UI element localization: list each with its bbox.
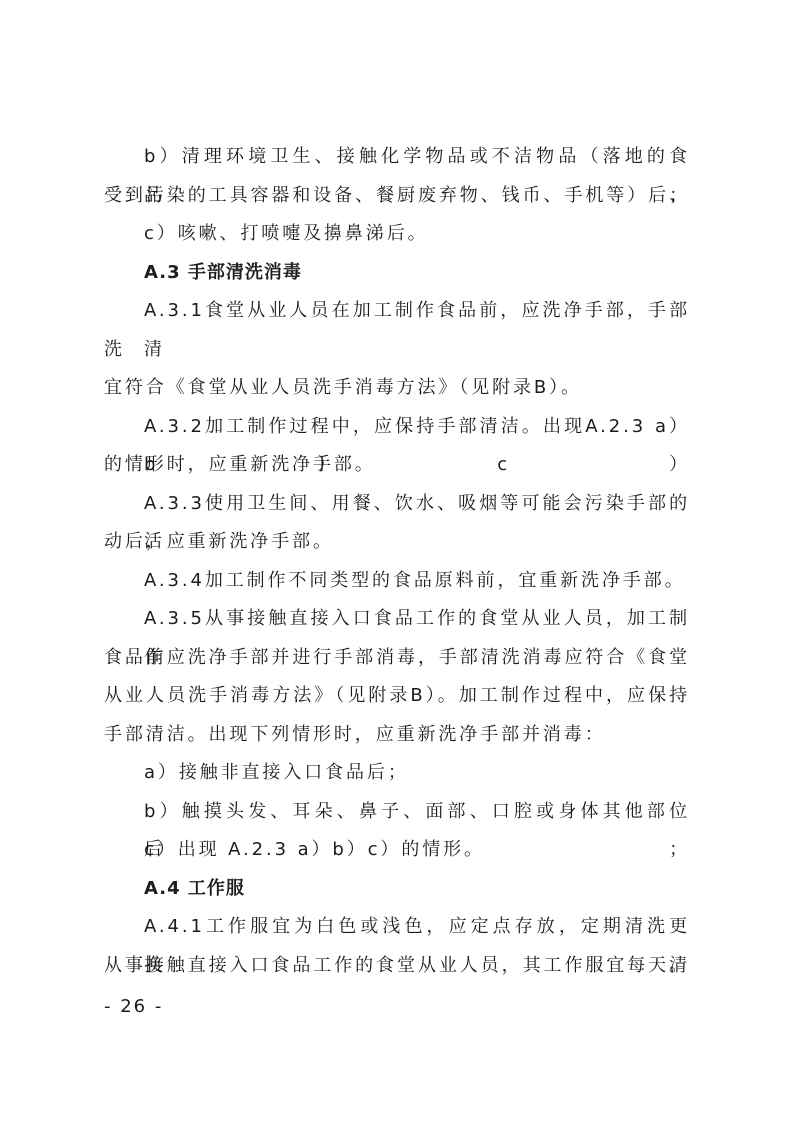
list-item-b-continued: b）清理环境卫生、接触化学物品或不洁物品（落地的食品、 xyxy=(104,138,690,177)
clause-a3-5-line: 从业人员洗手消毒方法》（见附录B）。加工制作过程中，应保持 xyxy=(104,677,690,716)
clause-a3-2: A.3.2加工制作过程中，应保持手部清洁。出现A.2.3 a）b）c） xyxy=(104,408,690,447)
clause-a4-1: A.4.1工作服宜为白色或浅色，应定点存放，定期清洗更换。 xyxy=(104,908,690,947)
clause-a3-1: A.3.1食堂从业人员在加工制作食品前，应洗净手部，手部清 xyxy=(104,292,690,331)
clause-a3-5: A.3.5从事接触直接入口食品工作的食堂从业人员，加工制作 xyxy=(104,600,690,639)
list-item-b: b）触摸头发、耳朵、鼻子、面部、口腔或身体其他部位后； xyxy=(104,793,690,832)
list-item-a: a）接触非直接入口食品后； xyxy=(104,754,690,793)
document-body: b）清理环境卫生、接触化学物品或不洁物品（落地的食品、 受到污染的工具容器和设备… xyxy=(104,138,690,985)
clause-a4-1-line: 从事接触直接入口食品工作的食堂从业人员，其工作服宜每天清 xyxy=(104,947,690,986)
clause-a3-1-line: 洗 xyxy=(104,331,690,370)
clause-a3-5-line: 手部清洁。出现下列情形时，应重新洗净手部并消毒： xyxy=(104,716,690,755)
clause-a3-4: A.3.4加工制作不同类型的食品原料前，宜重新洗净手部。 xyxy=(104,562,690,601)
page-number: - 26 - xyxy=(104,994,163,1020)
section-heading-a4: A.4 工作服 xyxy=(104,870,690,909)
list-item-c: c）咳嗽、打喷嚏及擤鼻涕后。 xyxy=(104,215,690,254)
list-item-b-continued-line: 受到污染的工具容器和设备、餐厨废弃物、钱币、手机等）后； xyxy=(104,177,690,216)
clause-a3-3-line: 动后，应重新洗净手部。 xyxy=(104,523,690,562)
clause-a3-3: A.3.3使用卫生间、用餐、饮水、吸烟等可能会污染手部的活 xyxy=(104,485,690,524)
section-heading-a3: A.3 手部清洗消毒 xyxy=(104,254,690,293)
clause-a3-1-line: 宜符合《食堂从业人员洗手消毒方法》（见附录B）。 xyxy=(104,369,690,408)
clause-a3-5-line: 食品前应洗净手部并进行手部消毒，手部清洗消毒应符合《食堂 xyxy=(104,639,690,678)
